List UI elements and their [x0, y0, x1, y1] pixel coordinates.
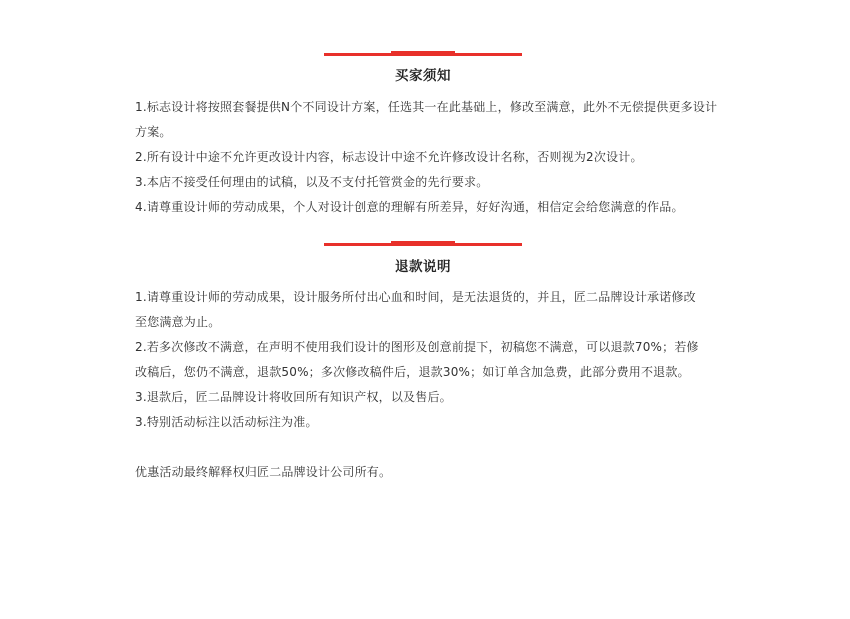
refund-policy-item: 1.请尊重设计师的劳动成果，设计服务所付出心血和时间，是无法退货的，并且，匠二品…	[135, 285, 705, 335]
buyer-notice-item: 2.所有设计中途不允许更改设计内容，标志设计中途不允许修改设计名称，否则视为2次…	[135, 145, 725, 170]
promotion-disclaimer: 优惠活动最终解释权归匠二品牌设计公司所有。	[135, 462, 391, 482]
section-divider-buyer-notice	[324, 53, 522, 56]
refund-policy-item: 3.特别活动标注以活动标注为准。	[135, 410, 705, 435]
buyer-notice-title: 买家须知	[0, 64, 846, 84]
divider-accent	[391, 241, 455, 246]
refund-policy-item: 2.若多次修改不满意，在声明不使用我们设计的图形及创意前提下，初稿您不满意，可以…	[135, 335, 705, 385]
buyer-notice-list: 1.标志设计将按照套餐提供N个不同设计方案，任选其一在此基础上，修改至满意，此外…	[135, 95, 725, 220]
refund-policy-title: 退款说明	[0, 255, 846, 275]
refund-policy-list: 1.请尊重设计师的劳动成果，设计服务所付出心血和时间，是无法退货的，并且，匠二品…	[135, 285, 705, 435]
buyer-notice-item: 4.请尊重设计师的劳动成果，个人对设计创意的理解有所差异，好好沟通，相信定会给您…	[135, 195, 725, 220]
buyer-notice-item: 1.标志设计将按照套餐提供N个不同设计方案，任选其一在此基础上，修改至满意，此外…	[135, 95, 725, 145]
buyer-notice-item: 3.本店不接受任何理由的试稿，以及不支付托管赏金的先行要求。	[135, 170, 725, 195]
divider-accent	[391, 51, 455, 56]
section-divider-refund-policy	[324, 243, 522, 246]
refund-policy-item: 3.退款后，匠二品牌设计将收回所有知识产权，以及售后。	[135, 385, 705, 410]
